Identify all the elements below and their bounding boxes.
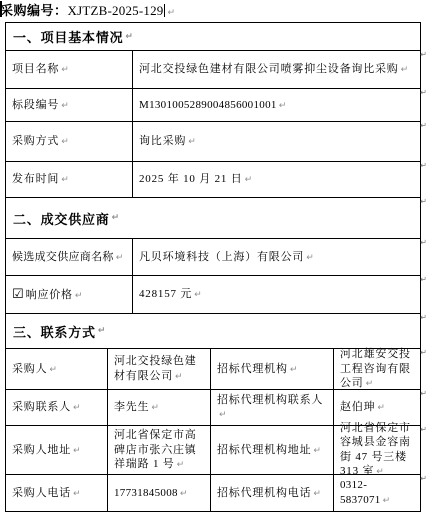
paragraph-mark: ↵ bbox=[49, 365, 57, 375]
paragraph-mark: ↵ bbox=[151, 403, 159, 413]
end-of-row-mark: ↵ bbox=[420, 389, 427, 398]
row-label: 项目名称 bbox=[12, 63, 59, 75]
paragraph-mark: ↵ bbox=[73, 446, 81, 456]
paragraph-mark: ↵ bbox=[175, 372, 183, 382]
row-value: 李先生 bbox=[114, 401, 149, 413]
section3-title-row: 三、联系方式↵ bbox=[6, 313, 420, 348]
row-label: 采购人地址 bbox=[12, 444, 71, 456]
row-label: 采购人电话 bbox=[12, 487, 71, 499]
section2-title: 二、成交供应商 bbox=[13, 209, 110, 228]
paragraph-mark: ↵ bbox=[313, 446, 321, 456]
paragraph-mark: ↵ bbox=[194, 290, 202, 300]
row-label: 采购联系人 bbox=[12, 401, 71, 413]
table-row-publish-date: 发布时间↵ 2025 年 10 月 21 日↵ bbox=[6, 161, 420, 197]
row-value: 0312-5837071 bbox=[340, 479, 381, 506]
paragraph-mark: ↵ bbox=[112, 213, 120, 223]
paragraph-mark: ↵ bbox=[73, 403, 81, 413]
row-value: 河北交投绿色建材有限公司 bbox=[114, 355, 197, 382]
paragraph-mark: ↵ bbox=[245, 175, 253, 185]
row-value: M1301005289004856001001 bbox=[139, 99, 277, 111]
table-row-purchaser-phone: 采购人电话↵ 17731845008↵ 招标代理机构电话↵ 0312-58370… bbox=[6, 474, 420, 511]
end-of-row-mark: ↵ bbox=[420, 238, 427, 247]
end-of-row-mark: ↵ bbox=[420, 275, 427, 284]
section1-title-row: 一、项目基本情况↵ bbox=[6, 23, 420, 50]
row-value: 河北雄安交投工程咨询有限公司 bbox=[340, 348, 411, 389]
table-row-procurement-method: 采购方式↵ 询比采购↵ bbox=[6, 121, 420, 161]
row-value: 凡贝环境科技（上海）有限公司 bbox=[139, 251, 304, 263]
row-value: 2025 年 10 月 21 日 bbox=[139, 173, 243, 185]
doc-heading: 采购编号：XJTZB-2025-129↵ bbox=[0, 2, 175, 22]
end-of-row-mark: ↵ bbox=[420, 348, 427, 357]
row-value: 赵伯珅 bbox=[340, 401, 375, 413]
end-of-row-mark: ↵ bbox=[420, 161, 427, 170]
paragraph-mark: ↵ bbox=[313, 489, 321, 499]
end-of-row-mark: ↵ bbox=[420, 197, 427, 206]
row-value: 河北交投绿色建材有限公司喷雾抑尘设备询比采购 bbox=[139, 63, 399, 75]
paragraph-mark: ↵ bbox=[61, 137, 69, 147]
end-of-row-mark: ↵ bbox=[420, 88, 427, 97]
row-label: 招标代理机构地址 bbox=[217, 444, 311, 456]
row-value: 河北省保定市高碑店市张六庄镇祥瑞路 1 号 bbox=[114, 429, 197, 470]
table-row-purchaser-contact: 采购联系人↵ 李先生↵ 招标代理机构联系人↵ 赵伯珅↵ bbox=[6, 389, 420, 425]
table-row-winning-supplier: 候选成交供应商名称↵ 凡贝环境科技（上海）有限公司↵ bbox=[6, 238, 420, 275]
end-of-row-mark: ↵ bbox=[420, 313, 427, 322]
paragraph-mark: ↵ bbox=[116, 253, 124, 263]
table-row-purchaser-address: 采购人地址↵ 河北省保定市高碑店市张六庄镇祥瑞路 1 号↵ 招标代理机构地址↵ … bbox=[6, 425, 420, 474]
text-cursor-icon bbox=[164, 4, 165, 17]
paragraph-mark: ↵ bbox=[61, 101, 69, 111]
table-row-project-name: 项目名称↵ 河北交投绿色建材有限公司喷雾抑尘设备询比采购↵ bbox=[6, 50, 420, 88]
paragraph-mark: ↵ bbox=[219, 410, 227, 420]
paragraph-mark: ↵ bbox=[167, 8, 175, 18]
end-of-row-mark: ↵ bbox=[420, 121, 427, 130]
paragraph-mark: ↵ bbox=[61, 175, 69, 185]
section2-title-row: 二、成交供应商↵ bbox=[6, 197, 420, 238]
paragraph-mark: ↵ bbox=[377, 403, 385, 413]
row-label: 招标代理机构 bbox=[217, 363, 288, 375]
paragraph-mark: ↵ bbox=[383, 496, 391, 506]
table-row-lot-number: 标段编号↵ M1301005289004856001001↵ bbox=[6, 88, 420, 121]
row-label: 招标代理机构联系人 bbox=[217, 394, 323, 406]
section1-title: 一、项目基本情况 bbox=[13, 27, 123, 46]
row-label: 采购方式 bbox=[12, 135, 59, 147]
paragraph-mark: ↵ bbox=[180, 489, 188, 499]
table-row-response-price: ☑响应价格↵ 428157 元↵ bbox=[6, 275, 420, 313]
row-label: 发布时间 bbox=[12, 173, 59, 185]
row-label: 招标代理机构电话 bbox=[217, 487, 311, 499]
end-of-row-mark: ↵ bbox=[420, 50, 427, 59]
announcement-table: 一、项目基本情况↵ 项目名称↵ 河北交投绿色建材有限公司喷雾抑尘设备询比采购↵ … bbox=[5, 22, 421, 512]
end-of-row-mark: ↵ bbox=[420, 425, 427, 434]
paragraph-mark: ↵ bbox=[188, 137, 196, 147]
paragraph-mark: ↵ bbox=[290, 365, 298, 375]
row-value: 询比采购 bbox=[139, 135, 186, 147]
section3-title: 三、联系方式 bbox=[13, 322, 96, 341]
row-value: 428157 元 bbox=[139, 288, 192, 300]
paragraph-mark: ↵ bbox=[98, 326, 106, 336]
paragraph-mark: ↵ bbox=[177, 460, 185, 470]
paragraph-mark: ↵ bbox=[279, 101, 287, 111]
end-of-row-mark: ↵ bbox=[420, 474, 427, 483]
row-label: 采购人 bbox=[12, 363, 47, 375]
paragraph-mark: ↵ bbox=[366, 379, 374, 389]
paragraph-mark: ↵ bbox=[75, 291, 83, 301]
paragraph-mark: ↵ bbox=[61, 65, 69, 75]
paragraph-mark: ↵ bbox=[401, 65, 409, 75]
row-label: 候选成交供应商名称 bbox=[12, 251, 114, 263]
row-label: 标段编号 bbox=[12, 99, 59, 111]
paragraph-mark: ↵ bbox=[73, 489, 81, 499]
row-value: 17731845008 bbox=[114, 487, 178, 499]
paragraph-mark: ↵ bbox=[306, 253, 314, 263]
row-label: 响应价格 bbox=[26, 289, 73, 301]
procurement-no-label: 采购编号： bbox=[0, 3, 68, 18]
paragraph-mark: ↵ bbox=[125, 32, 133, 42]
table-row-purchaser: 采购人↵ 河北交投绿色建材有限公司↵ 招标代理机构↵ 河北雄安交投工程咨询有限公… bbox=[6, 348, 420, 389]
procurement-no-value: XJTZB-2025-129 bbox=[68, 3, 164, 18]
checked-checkbox-icon: ☑ bbox=[12, 287, 24, 302]
